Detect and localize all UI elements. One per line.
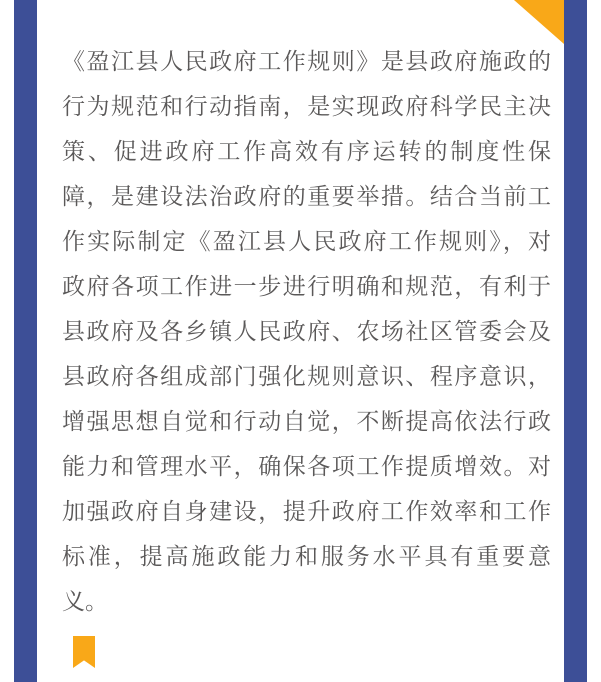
article-line: 作实际制定《盈江县人民政府工作规则》，对 [62, 219, 551, 264]
bookmark-icon [73, 636, 95, 668]
corner-ribbon-icon [514, 0, 564, 44]
article-line: 行为规范和行动指南，是实现政府科学民主决 [62, 84, 551, 129]
left-border-bar [14, 0, 37, 682]
article-line: 策、促进政府工作高效有序运转的制度性保 [62, 129, 551, 174]
article-line: 能力和管理水平，确保各项工作提质增效。对 [62, 444, 551, 489]
right-border-bar [564, 0, 587, 682]
article-line: 政府各项工作进一步进行明确和规范，有利于 [62, 264, 551, 309]
article-line: 障，是建设法治政府的重要举措。结合当前工 [62, 174, 551, 219]
article-line: 义。 [62, 579, 551, 624]
article-page: 《盈江县人民政府工作规则》是县政府施政的 行为规范和行动指南，是实现政府科学民主… [0, 0, 601, 682]
article-line: 县政府各组成部门强化规则意识、程序意识， [62, 354, 551, 399]
article-body: 《盈江县人民政府工作规则》是县政府施政的 行为规范和行动指南，是实现政府科学民主… [62, 39, 551, 624]
article-line: 标准，提高施政能力和服务水平具有重要意 [62, 534, 551, 579]
article-line: 《盈江县人民政府工作规则》是县政府施政的 [62, 39, 551, 84]
article-line: 加强政府自身建设，提升政府工作效率和工作 [62, 489, 551, 534]
article-line: 县政府及各乡镇人民政府、农场社区管委会及 [62, 309, 551, 354]
article-line: 增强思想自觉和行动自觉，不断提高依法行政 [62, 399, 551, 444]
